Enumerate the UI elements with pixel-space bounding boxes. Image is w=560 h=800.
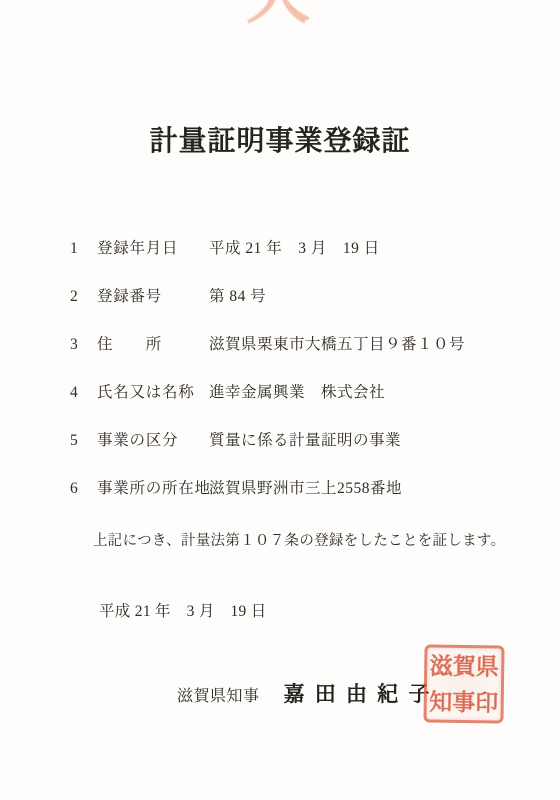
certificate-page: 大 計量証明事業登録証 1 登録年月日 平成 21 年 3 月 19 日 2 登… [0, 0, 560, 800]
item-business-category: 5 事業の区分 質量に係る計量証明の事業 [70, 428, 530, 448]
seal-text-row-1: 滋賀県 [427, 654, 501, 678]
signer-name: 嘉 田 由 紀 子 [284, 678, 433, 708]
item-label: 氏名又は名称 [97, 380, 209, 402]
item-registration-date: 1 登録年月日 平成 21 年 3 月 19 日 [70, 236, 530, 256]
governor-red-seal: 滋賀県 知事印 [423, 644, 504, 723]
certificate-title: 計量証明事業登録証 [0, 119, 560, 159]
item-number: 4 [70, 384, 97, 402]
issue-date: 平成 21 年 3 月 19 日 [99, 599, 267, 621]
item-number: 3 [70, 336, 97, 354]
item-label: 事業所の所在地 [97, 476, 209, 498]
top-partial-red-stamp: 大 [246, 0, 310, 28]
item-value: 滋賀県野洲市三上2558番地 [209, 476, 402, 498]
certification-statement: 上記につき、計量法第１０７条の登録をしたことを証します。 [93, 529, 505, 550]
item-label: 登録年月日 [97, 236, 209, 258]
item-number: 5 [70, 432, 97, 450]
item-number: 1 [70, 240, 97, 258]
item-label: 住 所 [97, 332, 209, 354]
item-value: 質量に係る計量証明の事業 [209, 428, 401, 450]
signature-block: 滋賀県知事 嘉 田 由 紀 子 [177, 678, 432, 708]
item-value: 進幸金属興業 株式会社 [209, 380, 385, 402]
item-label: 事業の区分 [97, 428, 209, 450]
item-address: 3 住 所 滋賀県栗東市大橋五丁目９番１０号 [70, 332, 530, 352]
item-office-location: 6 事業所の所在地 滋賀県野洲市三上2558番地 [70, 476, 530, 496]
item-company-name: 4 氏名又は名称 進幸金属興業 株式会社 [70, 380, 530, 400]
item-label: 登録番号 [97, 284, 209, 306]
item-number: 2 [70, 288, 97, 306]
registration-items: 1 登録年月日 平成 21 年 3 月 19 日 2 登録番号 第 84 号 3… [70, 236, 530, 524]
item-value: 第 84 号 [209, 284, 266, 306]
item-registration-number: 2 登録番号 第 84 号 [70, 284, 530, 304]
item-value: 平成 21 年 3 月 19 日 [209, 236, 380, 258]
item-number: 6 [70, 480, 97, 498]
signer-office: 滋賀県知事 [177, 683, 260, 706]
item-value: 滋賀県栗東市大橋五丁目９番１０号 [209, 332, 465, 354]
seal-text-row-2: 知事印 [427, 690, 501, 714]
